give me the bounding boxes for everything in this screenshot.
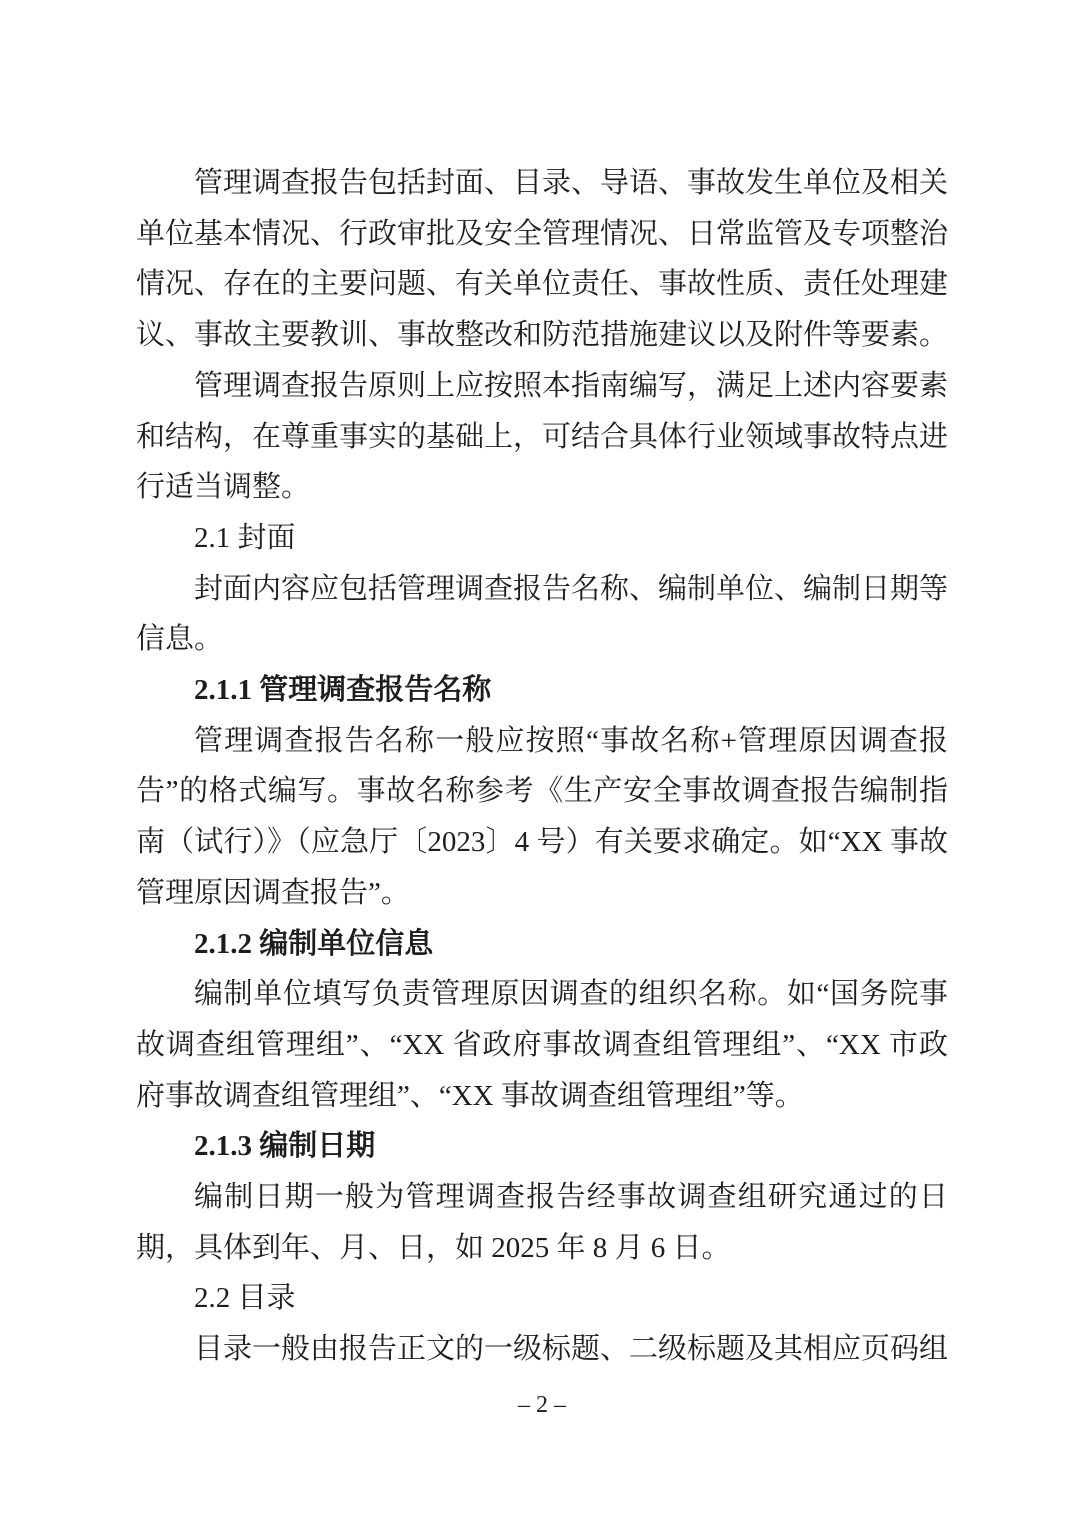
paragraph-toc-composition: 目录一般由报告正文的一级标题、二级标题及其相应页码组 [136, 1324, 948, 1375]
heading-2-2-table-of-contents: 2.2 目录 [136, 1273, 948, 1324]
page-number: – 2 – [136, 1392, 948, 1419]
paragraph-issuing-unit-rules: 编制单位填写负责管理原因调查的组织名称。如“国务院事故调查组管理组”、“XX 省… [136, 969, 948, 1121]
heading-2-1-2-issuing-unit-info: 2.1.2 编制单位信息 [136, 919, 948, 970]
paragraph-issue-date-rules: 编制日期一般为管理调查报告经事故调查组研究通过的日期，具体到年、月、日，如 20… [136, 1172, 948, 1273]
heading-2-1-1-report-name: 2.1.1 管理调查报告名称 [136, 665, 948, 716]
document-body: 管理调查报告包括封面、目录、导语、事故发生单位及相关单位基本情况、行政审批及安全… [136, 158, 948, 1375]
heading-2-1-3-issue-date: 2.1.3 编制日期 [136, 1121, 948, 1172]
document-page: 管理调查报告包括封面、目录、导语、事故发生单位及相关单位基本情况、行政审批及安全… [0, 0, 1080, 1526]
paragraph-report-elements: 管理调查报告包括封面、目录、导语、事故发生单位及相关单位基本情况、行政审批及安全… [136, 158, 948, 361]
paragraph-cover-contents: 封面内容应包括管理调查报告名称、编制单位、编制日期等信息。 [136, 564, 948, 665]
paragraph-report-principles: 管理调查报告原则上应按照本指南编写，满足上述内容要素和结构，在尊重事实的基础上，… [136, 361, 948, 513]
paragraph-report-name-rules: 管理调查报告名称一般应按照“事故名称+管理原因调查报告”的格式编写。事故名称参考… [136, 716, 948, 919]
heading-2-1-cover: 2.1 封面 [136, 513, 948, 564]
